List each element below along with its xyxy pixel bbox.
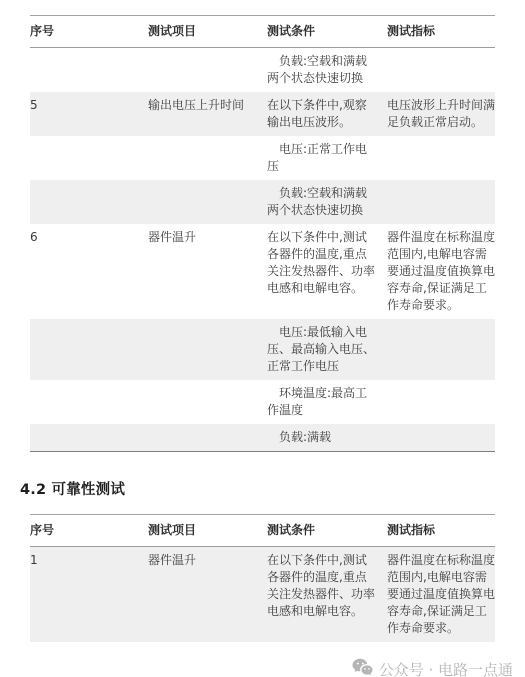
cell-no (30, 136, 148, 180)
cell-condition: 在以下条件中,测试各器件的温度,重点关注发热器件、功率电感和电解电容。 (267, 547, 387, 643)
cell-metric (387, 180, 495, 224)
cell-no (30, 380, 148, 424)
cell-condition: 负载:满载 (267, 424, 387, 452)
table-row: 环境温度:最高工作温度 (30, 380, 495, 424)
cell-item (148, 380, 267, 424)
table-row: 负载:空载和满载两个状态快速切换 (30, 180, 495, 224)
cell-metric (387, 319, 495, 380)
table-row: 电压:正常工作电压 (30, 136, 495, 180)
col-header-metric: 测试指标 (387, 16, 495, 48)
table-row: 5 输出电压上升时间 在以下条件中,观察输出电压波形。 电压波形上升时间满足负载… (30, 92, 495, 136)
col-header-item: 测试项目 (148, 16, 267, 48)
test-spec-table-2: 序号 测试项目 测试条件 测试指标 1 器件温升 在以下条件中,测试各器件的温度… (30, 514, 495, 642)
cell-metric (387, 424, 495, 452)
section-heading: 4.2 可靠性测试 (20, 478, 525, 499)
cell-condition: 电压:正常工作电压 (267, 136, 387, 180)
watermark: 公众号 · 电路一点通 (0, 658, 513, 677)
col-header-metric: 测试指标 (387, 515, 495, 547)
cell-condition: 环境温度:最高工作温度 (267, 380, 387, 424)
cell-metric: 电压波形上升时间满足负载正常启动。 (387, 92, 495, 136)
cell-condition: 在以下条件中,测试各器件的温度,重点关注发热器件、功率电感和电解电容。 (267, 224, 387, 319)
col-header-index: 序号 (30, 16, 148, 48)
cell-item (148, 424, 267, 452)
test-spec-table-1: 序号 测试项目 测试条件 测试指标 负载:空载和满载两个状态快速切换 5 输出电… (30, 15, 495, 452)
col-header-item: 测试项目 (148, 515, 267, 547)
table-row: 负载:满载 (30, 424, 495, 452)
table-2-header: 序号 测试项目 测试条件 测试指标 (30, 515, 495, 547)
col-header-index: 序号 (30, 515, 148, 547)
cell-metric: 器件温度在标称温度范围内,电解电容需要通过温度值换算电容寿命,保证满足工作寿命要… (387, 547, 495, 643)
table-row: 6 器件温升 在以下条件中,测试各器件的温度,重点关注发热器件、功率电感和电解电… (30, 224, 495, 319)
cell-item: 输出电压上升时间 (148, 92, 267, 136)
cell-no (30, 180, 148, 224)
cell-condition: 负载:空载和满载两个状态快速切换 (267, 180, 387, 224)
cell-no: 1 (30, 547, 148, 643)
watermark-text: 公众号 · 电路一点通 (379, 659, 513, 677)
cell-no (30, 424, 148, 452)
document-page: 序号 测试项目 测试条件 测试指标 负载:空载和满载两个状态快速切换 5 输出电… (0, 0, 525, 677)
table-row: 1 器件温升 在以下条件中,测试各器件的温度,重点关注发热器件、功率电感和电解电… (30, 547, 495, 643)
wechat-icon (352, 658, 373, 677)
cell-condition: 负载:空载和满载两个状态快速切换 (267, 48, 387, 93)
col-header-condition: 测试条件 (267, 16, 387, 48)
cell-no: 5 (30, 92, 148, 136)
cell-condition: 电压:最低输入电压、最高输入电压、正常工作电压 (267, 319, 387, 380)
cell-metric (387, 136, 495, 180)
table-1-header: 序号 测试项目 测试条件 测试指标 (30, 16, 495, 48)
cell-item: 器件温升 (148, 547, 267, 643)
col-header-condition: 测试条件 (267, 515, 387, 547)
cell-no (30, 319, 148, 380)
cell-metric: 器件温度在标称温度范围内,电解电容需要通过温度值换算电容寿命,保证满足工作寿命要… (387, 224, 495, 319)
cell-item (148, 319, 267, 380)
cell-no (30, 48, 148, 93)
table-row: 负载:空载和满载两个状态快速切换 (30, 48, 495, 93)
cell-item (148, 136, 267, 180)
cell-item (148, 48, 267, 93)
cell-metric (387, 380, 495, 424)
cell-metric (387, 48, 495, 93)
cell-item: 器件温升 (148, 224, 267, 319)
cell-item (148, 180, 267, 224)
header-row: 序号 测试项目 测试条件 测试指标 (30, 16, 495, 48)
header-row: 序号 测试项目 测试条件 测试指标 (30, 515, 495, 547)
cell-no: 6 (30, 224, 148, 319)
cell-condition: 在以下条件中,观察输出电压波形。 (267, 92, 387, 136)
table-row: 电压:最低输入电压、最高输入电压、正常工作电压 (30, 319, 495, 380)
